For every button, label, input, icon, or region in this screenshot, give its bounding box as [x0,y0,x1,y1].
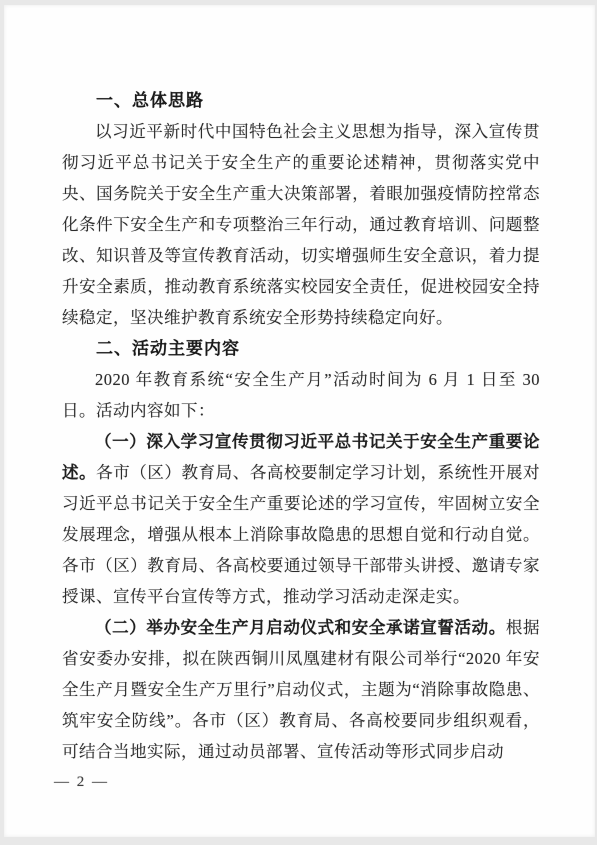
screenshot-canvas: { "page": { "page_number": "— 2 —", "col… [0,0,597,845]
document-body: 一、总体思路 以习近平新时代中国特色社会主义思想为指导，深入宣传贯彻习近平总书记… [62,85,540,798]
paragraph-activity-period: 2020 年教育系统“安全生产月”活动时间为 6 月 1 日至 30 日。活动内… [62,364,540,426]
section-heading-overall-approach: 一、总体思路 [62,85,540,116]
document-page: 一、总体思路 以习近平新时代中国特色社会主义思想为指导，深入宣传贯彻习近平总书记… [4,5,595,837]
item-2-body: 根据省安委办安排，拟在陕西铜川凤凰建材有限公司举行“2020 年安全生产月暨安全… [62,618,540,761]
paragraph-item-1: （一）深入学习宣传贯彻习近平总书记关于安全生产重要论述。各市（区）教育局、各高校… [62,426,540,612]
item-2-lead: （二）举办安全生产月启动仪式和安全承诺宣誓活动。 [95,618,506,637]
page-number: — 2 — [54,767,540,798]
paragraph-item-2: （二）举办安全生产月启动仪式和安全承诺宣誓活动。根据省安委办安排，拟在陕西铜川凤… [62,612,540,767]
section-heading-main-activities: 二、活动主要内容 [62,333,540,364]
paragraph-overall-approach: 以习近平新时代中国特色社会主义思想为指导，深入宣传贯彻习近平总书记关于安全生产的… [62,116,540,333]
item-1-body: 各市（区）教育局、各高校要制定学习计划，系统性开展对习近平总书记关于安全生产重要… [62,463,540,606]
